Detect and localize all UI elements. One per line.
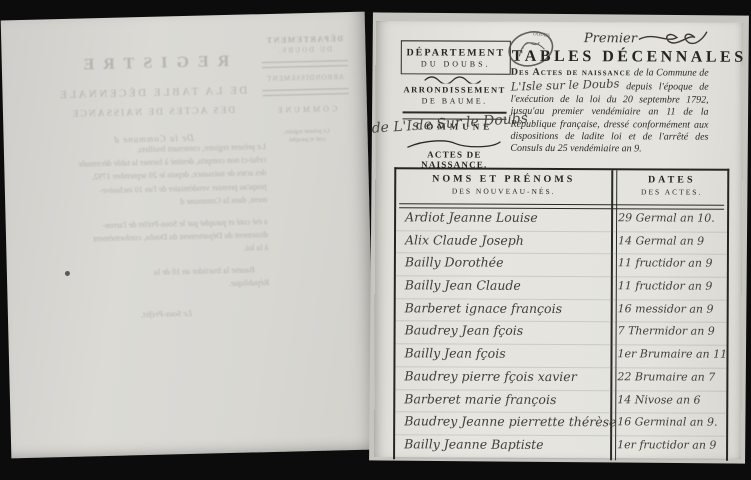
name-cell: Baudrey pierre fçois xavier bbox=[404, 368, 604, 384]
name-cell: Alix Claude Joseph bbox=[405, 232, 605, 248]
ghost-table-decennale: DE LA TABLE DÉCENNALE bbox=[46, 84, 258, 101]
date-cell: 1er fructidor an 9 bbox=[617, 438, 725, 451]
ghost-commune: COMMUNE bbox=[253, 104, 359, 116]
table-row: Barberet ignace françois 16 messidor an … bbox=[396, 299, 727, 323]
ghost-paragraph: Le présent registre, contenant feuillets… bbox=[38, 140, 270, 324]
table-row: Bailly Dorothée 11 fructidor an 9 bbox=[396, 254, 727, 278]
names-column-header: NOMS ET PRÉNOMS DES NOUVEAU-NÉS. bbox=[396, 173, 611, 196]
ghost-actes-naissance: DES ACTES DE NAISSANCE bbox=[47, 105, 259, 120]
date-cell: 11 fructidor an 9 bbox=[618, 279, 726, 292]
dates-column-header: DATES DES ACTES. bbox=[616, 174, 727, 196]
flourish-icon bbox=[637, 27, 709, 49]
date-cell: 29 Germal an 10. bbox=[618, 211, 726, 224]
date-cell: 14 Nivose an 6 bbox=[617, 393, 725, 406]
ghost-title-block: REGISTRE DE LA TABLE DÉCENNALE DES ACTES… bbox=[46, 52, 260, 146]
left-page: DÉPARTEMENT DU DOUBS. ARRONDISSEMENT COM… bbox=[1, 12, 376, 459]
table-row: Bailly Jeanne Baptiste 1er fructidor an … bbox=[395, 435, 726, 459]
page-title: TABLES DÉCENNALES bbox=[512, 48, 716, 67]
table-header: NOMS ET PRÉNOMS DES NOUVEAU-NÉS. DATES D… bbox=[396, 169, 727, 204]
name-cell: Barberet ignace françois bbox=[405, 300, 605, 316]
registry-table: NOMS ET PRÉNOMS DES NOUVEAU-NÉS. DATES D… bbox=[393, 167, 729, 460]
ghost-doubs: DU DOUBS. bbox=[251, 45, 357, 56]
svg-text:DOUBS: DOUBS bbox=[533, 32, 551, 39]
name-cell: Bailly Jean Claude bbox=[405, 277, 605, 293]
name-cell: Baudrey Jeanne pierrette thérèse bbox=[404, 414, 604, 430]
name-cell: Bailly Dorothée bbox=[405, 255, 605, 271]
table-row: Ardiot Jeanne Louise 29 Germal an 10. bbox=[396, 208, 727, 232]
ghost-side-note: Le présent registre, coté et paraphé. bbox=[253, 127, 359, 146]
ghost-arrondissement: ARRONDISSEMENT bbox=[252, 73, 358, 84]
table-row: Baudrey Jeanne pierrette thérèse 16 Germ… bbox=[395, 412, 726, 436]
ghost-registre: REGISTRE bbox=[46, 52, 258, 75]
ghost-rule bbox=[262, 88, 348, 96]
intro-handwritten-commune: L'Isle sur le Doubs bbox=[511, 78, 620, 94]
name-cell: Bailly Jeanne Baptiste bbox=[404, 436, 604, 452]
arrondissement-label: ARRONDISSEMENT bbox=[401, 84, 509, 94]
intro-paragraph: Des Actes de naissance de la Commune de … bbox=[510, 67, 708, 157]
date-cell: 11 fructidor an 9 bbox=[618, 257, 726, 270]
table-row: Barberet marie françois 14 Nivose an 6 bbox=[395, 390, 726, 414]
departement-box: DÉPARTEMENT DU DOUBS. bbox=[401, 40, 511, 74]
right-page: DÉPARTEMENT DU DOUBS. ARRONDISSEMENT DE … bbox=[374, 21, 743, 459]
departement-value: DU DOUBS. bbox=[402, 59, 510, 68]
table-row: Bailly Jean fçois 1er Brumaire an 11 bbox=[395, 344, 726, 368]
date-cell: 16 messidor an 9 bbox=[618, 302, 726, 315]
registry-scan: DÉPARTEMENT DU DOUBS. ARRONDISSEMENT COM… bbox=[0, 0, 751, 480]
intro-seg1: de la Commune de bbox=[634, 67, 709, 78]
table-rows: Ardiot Jeanne Louise 29 Germal an 10. Al… bbox=[395, 208, 727, 459]
ghost-rule bbox=[262, 60, 348, 68]
ink-speck bbox=[65, 271, 70, 276]
arrondissement-block: ARRONDISSEMENT DE BAUME. bbox=[401, 84, 509, 105]
date-cell: 14 Germal an 9 bbox=[618, 234, 726, 247]
premier-text: Premier bbox=[584, 31, 637, 46]
table-row: Alix Claude Joseph 14 Germal an 9 bbox=[396, 231, 727, 255]
table-row: Baudrey Jean fçois 7 Thermidor an 9 bbox=[396, 322, 727, 346]
name-cell: Barberet marie françois bbox=[404, 391, 604, 407]
name-cell: Ardiot Jeanne Louise bbox=[405, 209, 605, 225]
date-cell: 22 Brumaire an 7 bbox=[617, 370, 725, 383]
date-cell: 7 Thermidor an 9 bbox=[618, 325, 726, 338]
departement-label: DÉPARTEMENT bbox=[402, 47, 510, 58]
handwritten-note: Premier bbox=[584, 27, 709, 50]
date-cell: 16 Germinal an 9. bbox=[617, 415, 725, 428]
table-row: Bailly Jean Claude 11 fructidor an 9 bbox=[396, 276, 727, 300]
ghost-side-column: DÉPARTEMENT DU DOUBS. ARRONDISSEMENT COM… bbox=[251, 34, 360, 146]
name-cell: Baudrey Jean fçois bbox=[405, 323, 605, 339]
ghost-departement: DÉPARTEMENT bbox=[251, 34, 357, 46]
divider-squiggle-icon bbox=[424, 75, 486, 83]
arrondissement-value: DE BAUME. bbox=[401, 96, 509, 105]
table-row: Baudrey pierre fçois xavier 22 Brumaire … bbox=[395, 367, 726, 391]
name-cell: Bailly Jean fçois bbox=[404, 345, 604, 361]
date-cell: 1er Brumaire an 11 bbox=[617, 347, 725, 360]
